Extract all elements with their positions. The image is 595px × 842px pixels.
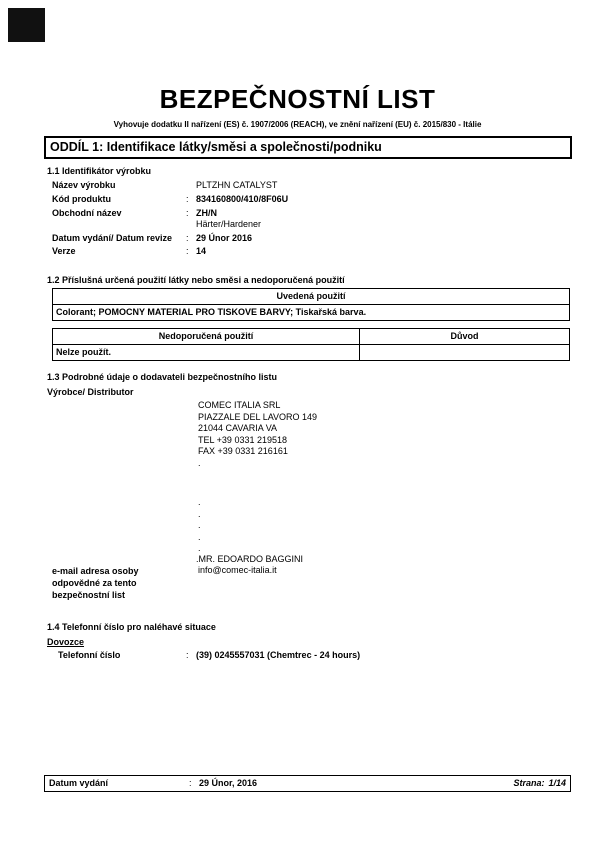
field-separator (186, 180, 196, 190)
address-line: PIAZZALE DEL LAVORO 149 (198, 412, 317, 424)
address-line: 21044 CAVARIA VA (198, 423, 317, 435)
field-value: 834160800/410/8F06U (196, 194, 288, 204)
footer-page-number: 1/14 (548, 778, 566, 788)
producer-label: Výrobce/ Distributor (47, 387, 134, 397)
footer-date-label: Datum vydání (49, 778, 189, 788)
uses-advised-against-header: Nedoporučená použití (53, 329, 360, 344)
email-label: e-mail adresa osoby odpovědné za tento b… (52, 565, 139, 601)
page-title: BEZPEČNOSTNÍ LIST (0, 84, 595, 115)
address-line: FAX +39 0331 216161 (198, 446, 317, 458)
importer-label: Dovozce (47, 637, 84, 647)
footer-date-value: 29 Únor, 2016 (199, 778, 257, 788)
field-separator: : (186, 246, 196, 256)
field-value: 14 (196, 246, 206, 256)
identified-uses-header: Uvedená použití (53, 289, 569, 304)
supplier-address-block: COMEC ITALIA SRL PIAZZALE DEL LAVORO 149… (198, 400, 317, 469)
field-separator: : (186, 208, 196, 218)
section1-header: ODDÍL 1: Identifikace látky/směsi a spol… (44, 136, 572, 159)
identified-uses-table: Uvedená použití Colorant; POMOCNY MATERI… (52, 288, 570, 321)
regulation-subtitle: Vyhovuje dodatku II nařízení (ES) č. 190… (0, 120, 595, 129)
field-row-issue-date: Datum vydání/ Datum revize : 29 Únor 201… (52, 233, 252, 243)
heading-1-4: 1.4 Telefonní číslo pro naléhavé situace (47, 622, 216, 632)
emergency-phone-row: Telefonní číslo : (39) 0245557031 (Chemt… (58, 650, 360, 660)
field-row-trade-name: Obchodní název : ZH/N (52, 208, 217, 218)
field-label: Datum vydání/ Datum revize (52, 233, 186, 243)
section1-header-text: ODDÍL 1: Identifikace látky/směsi a spol… (50, 140, 382, 154)
field-row-version: Verze : 14 (52, 246, 206, 256)
email-label-line: odpovědné za tento (52, 577, 139, 589)
heading-1-2: 1.2 Příslušná určená použití látky nebo … (47, 275, 345, 285)
dot-line: . (198, 520, 201, 532)
field-label: Obchodní název (52, 208, 186, 218)
identified-uses-row: Colorant; POMOCNY MATERIAL PRO TISKOVE B… (53, 304, 569, 320)
dot-line: . (198, 497, 201, 509)
dot-line: . (198, 532, 201, 544)
field-separator: : (186, 650, 196, 660)
reason-header: Důvod (360, 329, 569, 344)
heading-1-1: 1.1 Identifikátor výrobku (47, 166, 151, 176)
field-value: ZH/N (196, 208, 217, 218)
dot-line: . (198, 509, 201, 521)
heading-1-3: 1.3 Podrobné údaje o dodavateli bezpečno… (47, 372, 277, 382)
field-separator: : (186, 194, 196, 204)
address-line: . (198, 458, 317, 470)
placeholder-dots: . . . . . (198, 497, 201, 555)
address-line: COMEC ITALIA SRL (198, 400, 317, 412)
field-row-product-code: Kód produktu : 834160800/410/8F06U (52, 194, 288, 204)
email-label-line: e-mail adresa osoby (52, 565, 139, 577)
table-header-row: Nedoporučená použití Důvod (53, 329, 569, 344)
address-line: TEL +39 0331 219518 (198, 435, 317, 447)
field-label: Verze (52, 246, 186, 256)
table-row: Nelze použít. (53, 344, 569, 360)
contact-person: .MR. EDOARDO BAGGINI (196, 554, 303, 564)
field-label: Název výrobku (52, 180, 186, 190)
footer-page-label: Strana: (513, 778, 544, 788)
phone-value: (39) 0245557031 (Chemtrec - 24 hours) (196, 650, 360, 660)
uses-advised-against-table: Nedoporučená použití Důvod Nelze použít. (52, 328, 570, 361)
field-label: Kód produktu (52, 194, 186, 204)
reason-cell (360, 345, 569, 360)
field-row-product-name: Název výrobku PLTZHN CATALYST (52, 180, 277, 190)
dot-line: . (198, 543, 201, 555)
uses-advised-against-cell: Nelze použít. (53, 345, 360, 360)
field-separator: : (186, 233, 196, 243)
field-value: PLTZHN CATALYST (196, 180, 277, 190)
phone-label: Telefonní číslo (58, 650, 186, 660)
logo-placeholder (8, 8, 45, 42)
field-value-line2: Härter/Hardener (196, 219, 261, 229)
email-label-line: bezpečnostní list (52, 589, 139, 601)
field-separator: : (189, 778, 199, 788)
field-value: 29 Únor 2016 (196, 233, 252, 243)
page-footer: Datum vydání : 29 Únor, 2016 Strana: 1/1… (44, 775, 571, 792)
sds-document-page: BEZPEČNOSTNÍ LIST Vyhovuje dodatku II na… (0, 0, 595, 842)
email-value: info@comec-italia.it (198, 565, 277, 575)
